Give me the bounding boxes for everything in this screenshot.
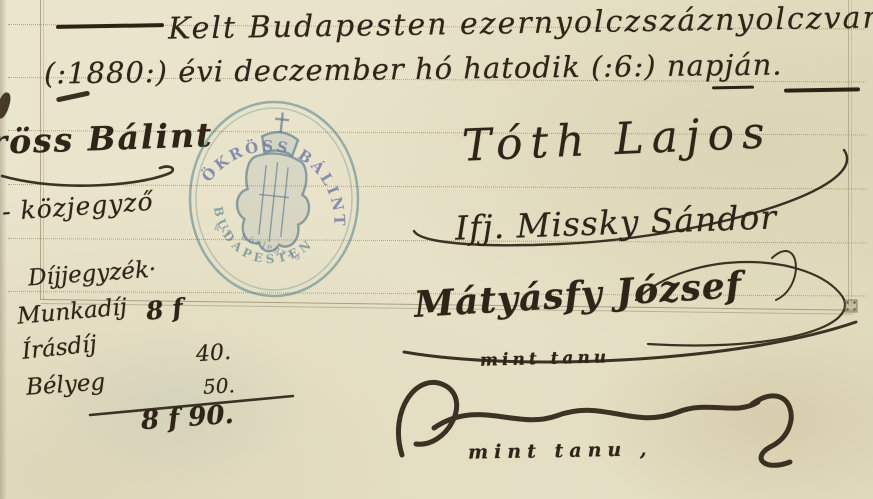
matyasfy-underline-flourish (404, 322, 856, 362)
toth-signature-flourish (414, 150, 847, 245)
scanned-document-page: Kelt Budapesten ezernyolczszáznyolczvan … (0, 0, 873, 499)
notary-signature-flourish (2, 167, 173, 186)
fee-total-sum-line (90, 396, 293, 415)
ink-flourishes (0, 0, 873, 499)
missky-signature-flourish (772, 251, 796, 300)
illegible-witness-signature (398, 382, 791, 465)
frame-corner-ornament (845, 300, 857, 312)
